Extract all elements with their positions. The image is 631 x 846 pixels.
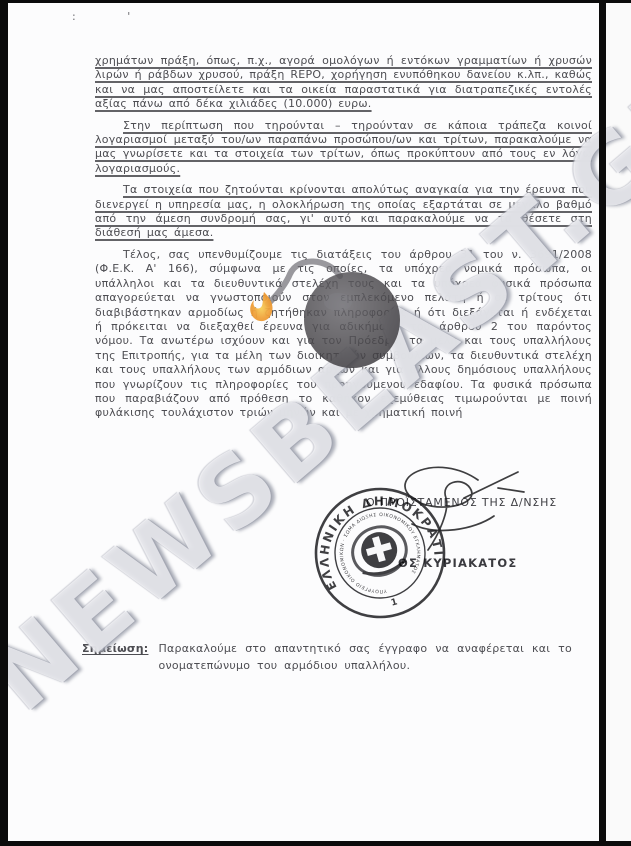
scan-edge-right-line <box>599 0 606 846</box>
scan-stray-marks: : ' <box>72 10 154 23</box>
document-body: χρημάτων πράξη, όπως, π.χ., αγορά ομολόγ… <box>95 54 592 428</box>
footnote-label: Σημείωση: <box>82 641 148 674</box>
footnote: Σημείωση: Παρακαλούμε στο απαντητικό σας… <box>82 641 572 674</box>
scan-edge-left <box>0 0 8 846</box>
scanner-right-margin <box>606 0 631 846</box>
footnote-text: Παρακαλούμε στο απαντητικό σας έγγραφο ν… <box>158 641 572 674</box>
handwritten-signature <box>378 458 538 568</box>
paragraph-1: χρημάτων πράξη, όπως, π.χ., αγορά ομολόγ… <box>95 54 592 112</box>
paragraph-2: Στην περίπτωση που τηρούνται – τηρούνταν… <box>95 119 592 177</box>
paragraph-3: Τα στοιχεία που ζητούνται κρίνονται απολ… <box>95 183 592 241</box>
stamp-number: 1 <box>390 597 399 608</box>
scan-edge-bottom <box>0 841 631 846</box>
scan-edge-top <box>0 0 631 3</box>
paragraph-4: Τέλος, σας υπενθυμίζουμε τις διατάξεις τ… <box>95 248 592 421</box>
